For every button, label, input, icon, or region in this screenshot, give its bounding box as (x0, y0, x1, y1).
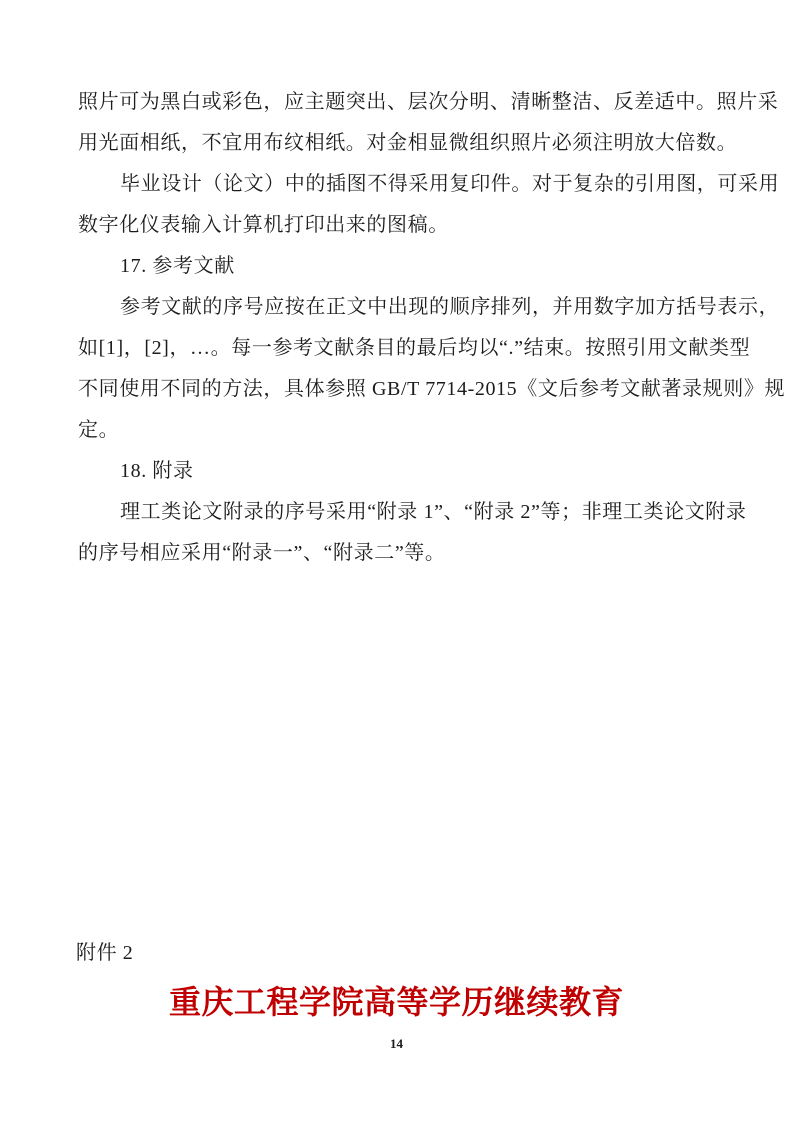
section-heading: 17. 参考文献 (78, 246, 726, 287)
document-page: 照片可为黑白或彩色，应主题突出、层次分明、清晰整洁、反差适中。照片采 用光面相纸… (0, 0, 793, 1122)
body-text-line: 数字化仪表输入计算机打印出来的图稿。 (78, 205, 726, 246)
body-text-line: 参考文献的序号应按在正文中出现的顺序排列，并用数字加方括号表示， (78, 287, 726, 328)
section-heading: 18. 附录 (78, 451, 726, 492)
body-text-line: 毕业设计（论文）中的插图不得采用复印件。对于复杂的引用图，可采用 (78, 164, 726, 205)
page-number: 14 (0, 1036, 793, 1052)
body-text-line: 的序号相应采用“附录一”、“附录二”等。 (78, 533, 726, 574)
body-text-line: 如[1]，[2]，…。每一参考文献条目的最后均以“.”结束。按照引用文献类型 (78, 328, 726, 369)
attachment-label: 附件 2 (76, 938, 133, 968)
body-text-line: 定。 (78, 410, 726, 451)
body-text-line: 理工类论文附录的序号采用“附录 1”、“附录 2”等；非理工类论文附录 (78, 492, 726, 533)
body-text-line: 不同使用不同的方法，具体参照 GB/T 7714-2015《文后参考文献著录规则… (78, 369, 726, 410)
document-body: 照片可为黑白或彩色，应主题突出、层次分明、清晰整洁、反差适中。照片采 用光面相纸… (78, 82, 726, 574)
body-text-line: 用光面相纸，不宜用布纹相纸。对金相显微组织照片必须注明放大倍数。 (78, 123, 726, 164)
body-text-line: 照片可为黑白或彩色，应主题突出、层次分明、清晰整洁、反差适中。照片采 (78, 82, 726, 123)
document-title: 重庆工程学院高等学历继续教育 (0, 982, 793, 1022)
